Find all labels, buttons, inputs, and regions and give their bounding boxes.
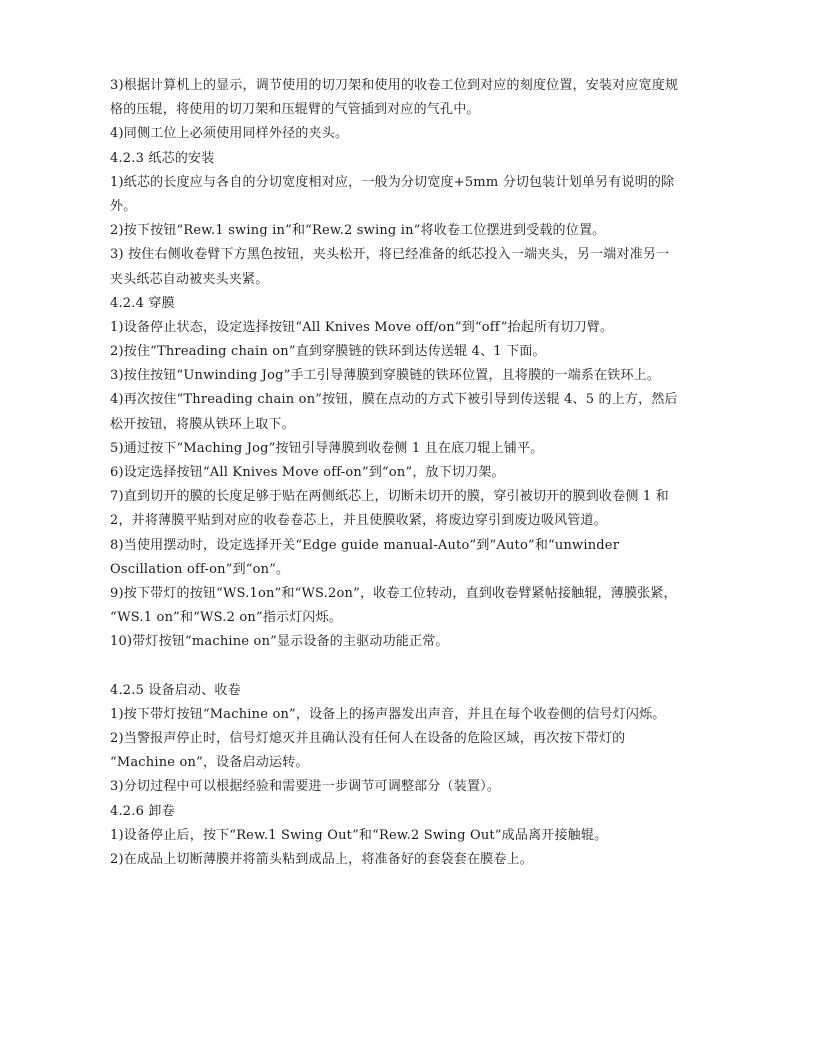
text-line: 松开按钮，将膜从铁环上取下。 [110,413,720,437]
text-line: 夹头纸芯自动被夹头夹紧。 [110,268,720,292]
text-line: 6)设定选择按钮“All Knives Move off-on”到“on”，放下… [110,461,720,485]
section-heading: 4.2.5 设备启动、收卷 [110,679,720,703]
text-line: “WS.1 on”和“WS.2 on”指示灯闪烁。 [110,606,720,630]
text-line: 5)通过按下“Maching Jog”按钮引导薄膜到收卷侧 1 且在底刀辊上铺平… [110,437,720,461]
text-line: 2)当警报声停止时，信号灯熄灭并且确认没有任何人在设备的危险区域，再次按下带灯的 [110,727,720,751]
text-line: 2)按住“Threading chain on”直到穿膜链的铁环到达传送辊 4、… [110,340,720,364]
text-line: 7)直到切开的膜的长度足够于贴在两侧纸芯上，切断未切开的膜，穿引被切开的膜到收卷… [110,485,720,509]
section-heading: 4.2.6 卸卷 [110,800,720,824]
text-line: 4)再次按住“Threading chain on”按钮，膜在点动的方式下被引导… [110,388,720,412]
text-line: 1)纸芯的长度应与各自的分切宽度相对应，一般为分切宽度+5mm 分切包装计划单另… [110,171,720,195]
document-page: 3)根据计算机上的显示，调节使用的切刀架和使用的收卷工位到对应的刻度位置，安装对… [110,74,720,872]
text-line: 3)根据计算机上的显示，调节使用的切刀架和使用的收卷工位到对应的刻度位置，安装对… [110,74,720,98]
text-line: “Machine on”，设备启动运转。 [110,751,720,775]
text-line: 10)带灯按钮“machine on”显示设备的主驱动功能正常。 [110,630,720,654]
text-line: 2)按下按钮“Rew.1 swing in”和“Rew.2 swing in”将… [110,219,720,243]
text-line: 2，并将薄膜平贴到对应的收卷卷芯上，并且使膜收紧，将废边穿引到废边吸风管道。 [110,509,720,533]
text-line: 外。 [110,195,720,219]
text-line: 8)当使用摆动时，设定选择开关“Edge guide manual-Auto”到… [110,534,720,558]
section-heading: 4.2.3 纸芯的安装 [110,147,720,171]
text-line: 3)按住按钮“Unwinding Jog”手工引导薄膜到穿膜链的铁环位置，且将膜… [110,364,720,388]
section-heading: 4.2.4 穿膜 [110,292,720,316]
text-line: Oscillation off-on”到“on”。 [110,558,720,582]
text-line: 4)同侧工位上必须使用同样外径的夹头。 [110,122,720,146]
blank-line [110,655,720,679]
text-line: 1)设备停止状态，设定选择按钮“All Knives Move off/on”到… [110,316,720,340]
text-line: 2)在成品上切断薄膜并将箭头粘到成品上，将准备好的套袋套在膜卷上。 [110,848,720,872]
text-line: 3) 按住右侧收卷臂下方黑色按钮，夹头松开，将已经准备的纸芯投入一端夹头，另一端… [110,243,720,267]
text-line: 1)按下带灯按钮“Machine on”，设备上的扬声器发出声音，并且在每个收卷… [110,703,720,727]
text-line: 3)分切过程中可以根据经验和需要进一步调节可调整部分（装置）。 [110,775,720,799]
text-line: 1)设备停止后，按下“Rew.1 Swing Out”和“Rew.2 Swing… [110,824,720,848]
text-line: 9)按下带灯的按钮“WS.1on”和“WS.2on”，收卷工位转动，直到收卷臂紧… [110,582,720,606]
text-line: 格的压辊，将使用的切刀架和压辊臂的气管插到对应的气孔中。 [110,98,720,122]
